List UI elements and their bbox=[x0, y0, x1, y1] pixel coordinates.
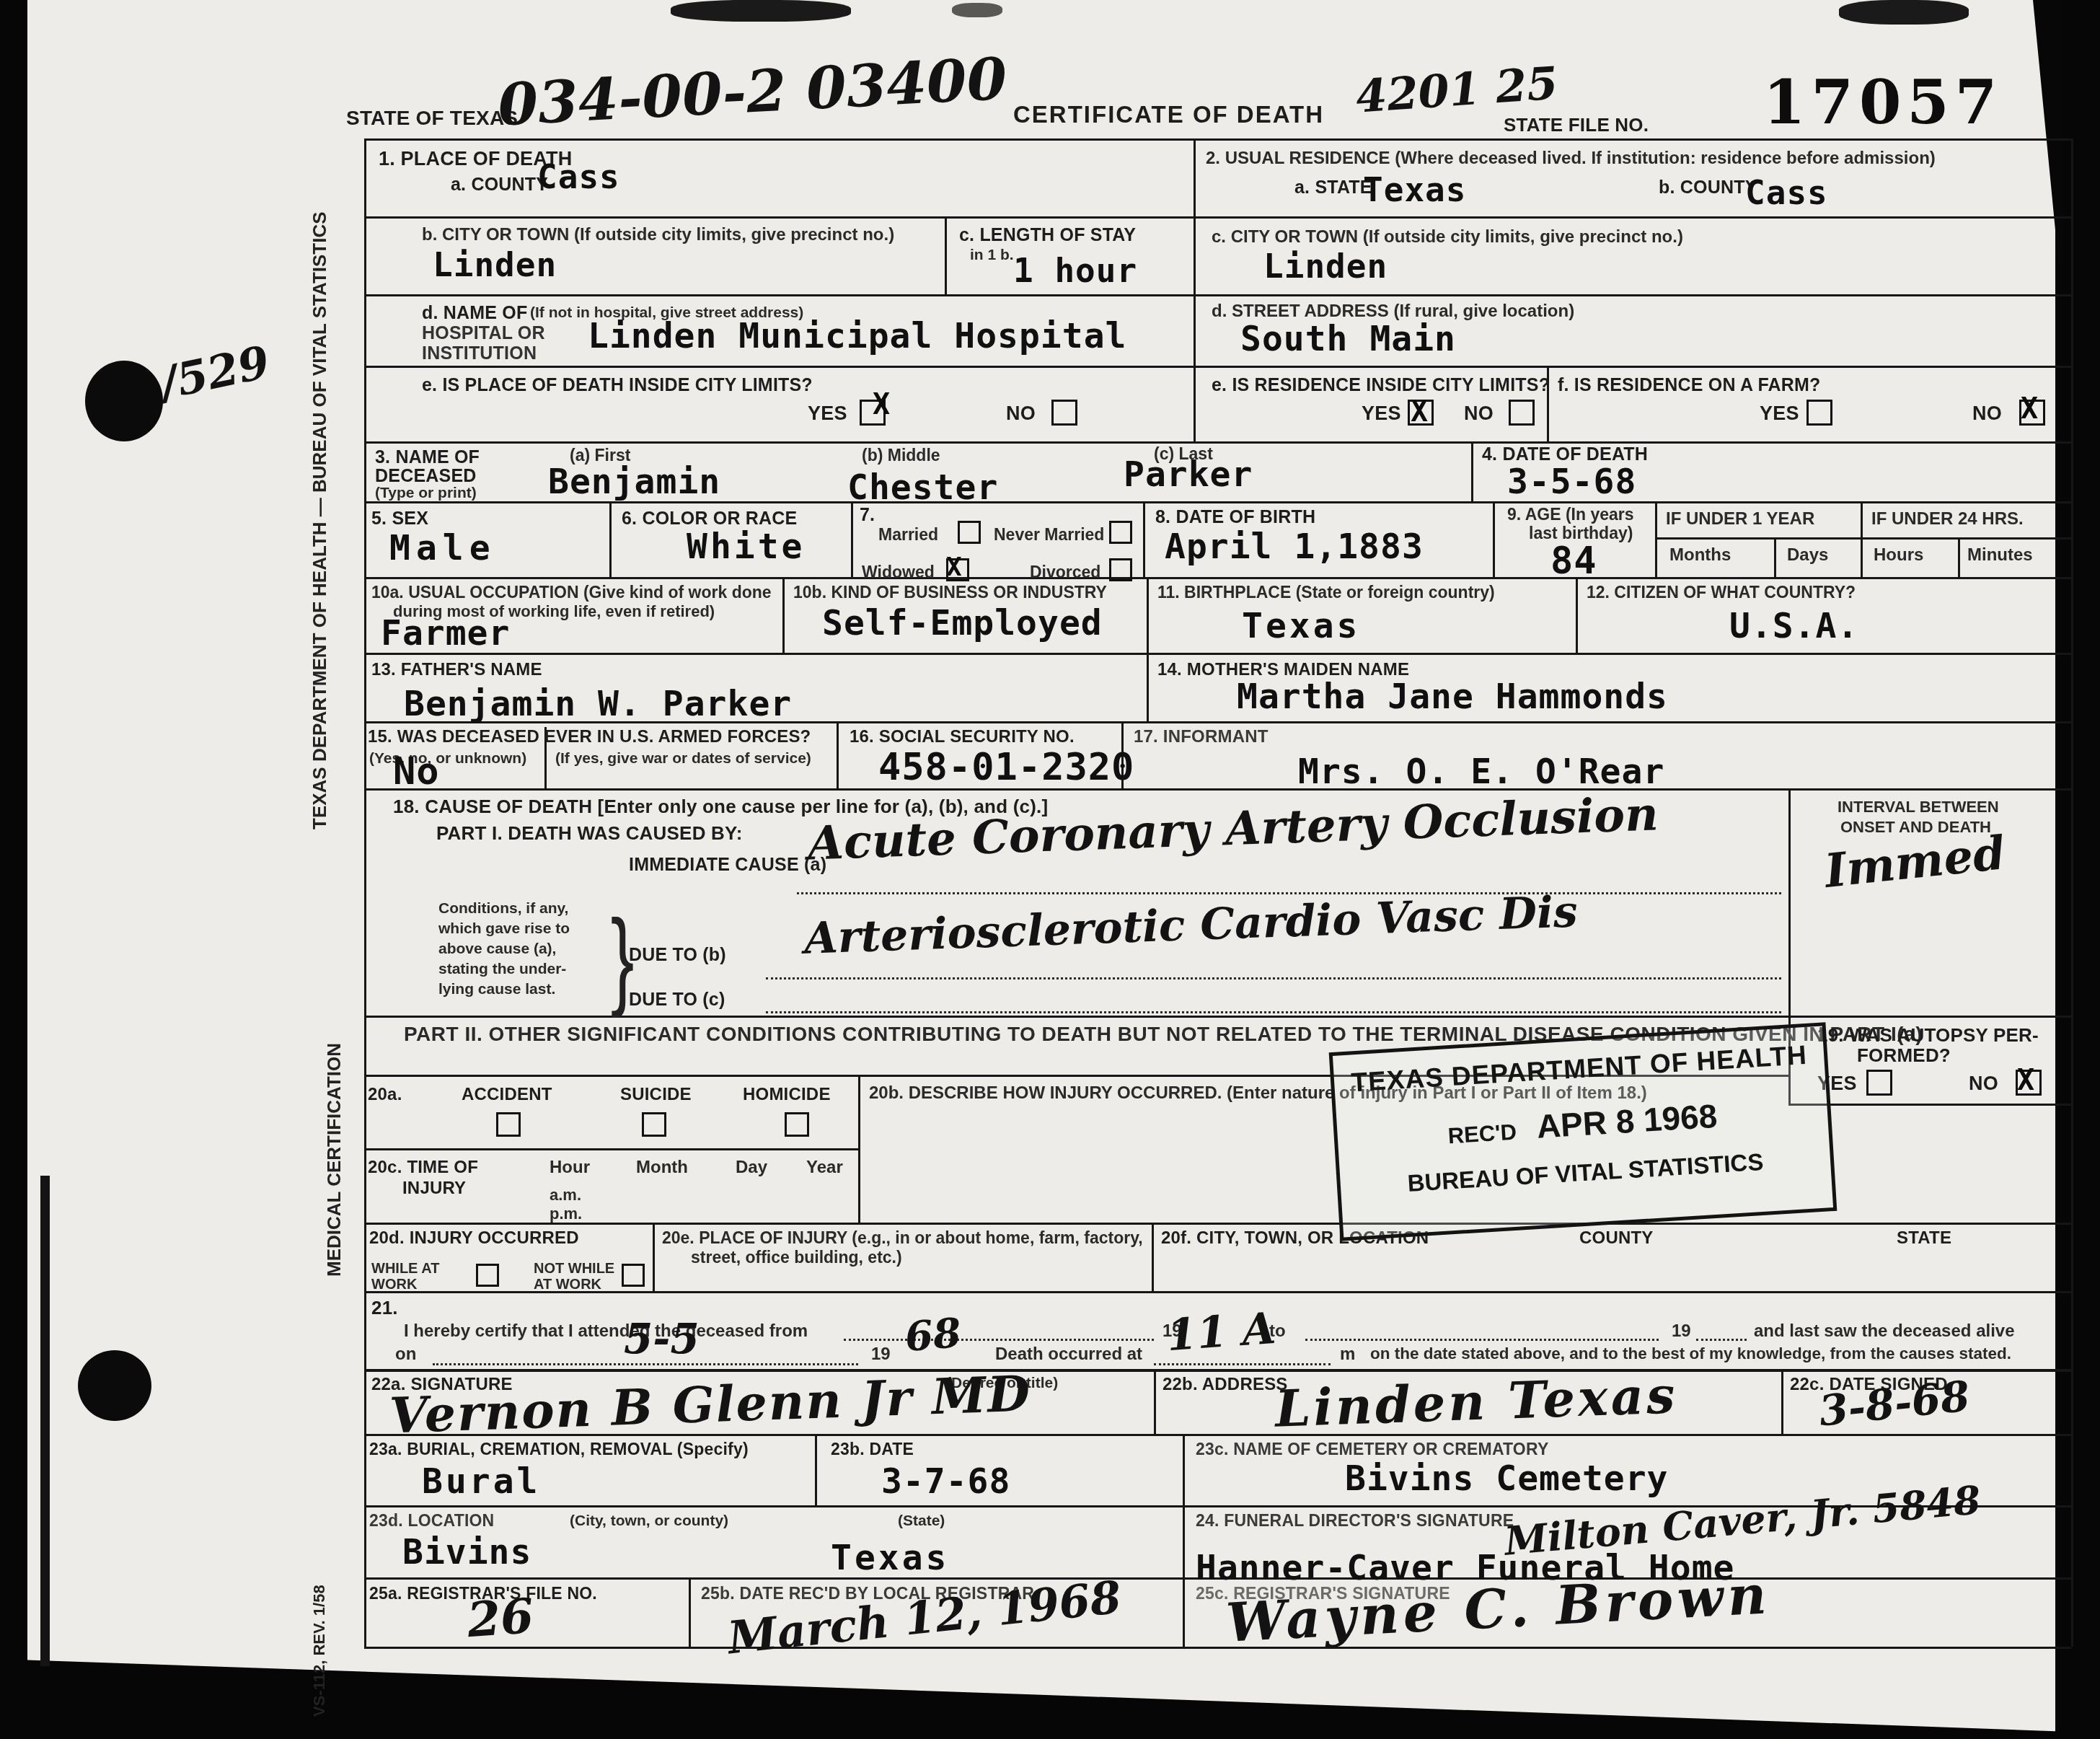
certificate-title: CERTIFICATE OF DEATH bbox=[1013, 101, 1324, 128]
state-of-texas-label: STATE OF TEXAS bbox=[346, 107, 518, 130]
divider-line bbox=[1774, 537, 1776, 577]
field-24-label: 24. FUNERAL DIRECTOR'S SIGNATURE bbox=[1196, 1511, 1514, 1531]
state-file-no-label: STATE FILE NO. bbox=[1504, 114, 1649, 136]
certificate-number: 17057 bbox=[1763, 66, 2003, 138]
field-20a-homicide-label: HOMICIDE bbox=[743, 1085, 831, 1105]
field-2-label: 2. USUAL RESIDENCE (Where deceased lived… bbox=[1206, 149, 1936, 169]
field-20e-label1: 20e. PLACE OF INJURY (e.g., in or about … bbox=[662, 1228, 1143, 1248]
field-20c-pm-label: p.m. bbox=[550, 1205, 582, 1223]
divider-line bbox=[1471, 441, 1473, 501]
scan-smudge bbox=[671, 0, 851, 22]
field-7-married-checkbox bbox=[958, 521, 981, 544]
stamp-line1: TEXAS DEPARTMENT OF HEALTH bbox=[1333, 1039, 1825, 1099]
field-2f-no-mark: X bbox=[2021, 392, 2038, 426]
field-1a-value: Cass bbox=[537, 157, 620, 196]
field-21-alive-text: and last saw the deceased alive bbox=[1754, 1321, 2015, 1342]
field-9-value: 84 bbox=[1550, 540, 1597, 583]
field-3-label3: (Type or print) bbox=[375, 485, 477, 502]
field-2c-label: c. CITY OR TOWN (If outside city limits,… bbox=[1212, 227, 1683, 247]
divider-line bbox=[858, 1075, 860, 1223]
field-23d-city-value: Bivins bbox=[402, 1532, 531, 1572]
field-23d-state-value: Texas bbox=[831, 1538, 950, 1578]
divider-line bbox=[1576, 577, 1578, 653]
field-20d-while1: WHILE AT bbox=[371, 1261, 439, 1277]
field-20a-homicide-checkbox bbox=[785, 1112, 809, 1137]
punch-hole bbox=[85, 361, 163, 441]
field-18-cond5: lying cause last. bbox=[438, 981, 555, 998]
certify-blank bbox=[1696, 1339, 1747, 1341]
divider-line bbox=[364, 653, 2071, 655]
field-21-on: on bbox=[395, 1344, 416, 1365]
scan-smudge bbox=[952, 3, 1002, 17]
field-20c-am-label: a.m. bbox=[550, 1186, 581, 1205]
field-2f-label: f. IS RESIDENCE ON A FARM? bbox=[1558, 375, 1820, 396]
field-2e-label: e. IS RESIDENCE INSIDE CITY LIMITS? bbox=[1212, 375, 1550, 396]
field-1b-label: b. CITY OR TOWN (If outside city limits,… bbox=[422, 225, 894, 245]
field-21-19c: 19 bbox=[871, 1344, 891, 1365]
field-19-yes-checkbox bbox=[1866, 1070, 1892, 1096]
field-20f-state-label: STATE bbox=[1897, 1228, 1951, 1249]
field-23d-sub2: (State) bbox=[898, 1513, 945, 1530]
field-2c-value: Linden bbox=[1263, 247, 1387, 286]
field-23b-label: 23b. DATE bbox=[831, 1440, 914, 1459]
field-21-date-handwritten: 5-5 bbox=[624, 1314, 700, 1363]
field-12-value: U.S.A. bbox=[1729, 606, 1858, 646]
field-15-sub2: (If yes, give war or dates of service) bbox=[555, 750, 811, 767]
field-2a-label: a. STATE bbox=[1294, 177, 1372, 198]
divider-line bbox=[945, 216, 947, 294]
field-23c-value: Bivins Cemetery bbox=[1345, 1458, 1668, 1499]
field-9-under1-label: IF UNDER 1 YEAR bbox=[1666, 509, 1814, 529]
cause-c-rule bbox=[766, 1011, 1781, 1013]
divider-line bbox=[364, 1223, 2071, 1225]
field-17-value: Mrs. O. E. O'Rear bbox=[1298, 752, 1664, 792]
field-21-time-handwritten: 11 A bbox=[1165, 1303, 1277, 1361]
field-23d-sub1: (City, town, or county) bbox=[570, 1513, 728, 1530]
field-23b-value: 3-7-68 bbox=[881, 1461, 1010, 1502]
field-2f-yes-checkbox bbox=[1806, 400, 1832, 426]
field-11-label: 11. BIRTHPLACE (State or foreign country… bbox=[1157, 583, 1495, 602]
field-15-label: 15. WAS DECEASED EVER IN U.S. ARMED FORC… bbox=[368, 727, 811, 747]
divider-line bbox=[609, 501, 612, 577]
field-20d-while2: WORK bbox=[371, 1277, 417, 1293]
divider-line bbox=[1152, 1223, 1154, 1291]
divider-line bbox=[364, 1369, 2071, 1372]
field-3a-value: Benjamin bbox=[548, 462, 720, 502]
field-17-label: 17. INFORMANT bbox=[1134, 727, 1269, 747]
field-3c-value: Parker bbox=[1124, 454, 1253, 495]
field-2e-yes-label: YES bbox=[1362, 402, 1401, 425]
field-21-certify-text: I hereby certify that I attended the dec… bbox=[404, 1321, 808, 1342]
divider-line bbox=[1655, 501, 1657, 577]
field-18-cond2: which gave rise to bbox=[438, 920, 570, 938]
stamp-recd: REC'D bbox=[1447, 1119, 1517, 1149]
scan-smudge bbox=[1839, 0, 1969, 25]
divider-line bbox=[782, 577, 785, 653]
divider-line bbox=[653, 1223, 655, 1291]
divider-line bbox=[364, 138, 2071, 141]
field-1e-yes-mark: X bbox=[873, 388, 890, 421]
field-7-never-label: Never Married bbox=[994, 525, 1104, 545]
divider-line bbox=[1183, 1434, 1185, 1647]
divider-line bbox=[364, 1647, 2071, 1649]
field-7-widowed-mark: X bbox=[946, 552, 962, 582]
field-20c-month-label: Month bbox=[636, 1158, 688, 1178]
field-21-no: 21. bbox=[371, 1297, 398, 1319]
field-10b-label: 10b. KIND OF BUSINESS OR INDUSTRY bbox=[793, 583, 1107, 602]
field-23a-label: 23a. BURIAL, CREMATION, REMOVAL (Specify… bbox=[369, 1440, 749, 1459]
divider-line bbox=[1493, 501, 1495, 577]
field-2f-no-label: NO bbox=[1972, 402, 2002, 425]
divider-line bbox=[1958, 537, 1960, 577]
field-12-label: 12. CITIZEN OF WHAT COUNTRY? bbox=[1587, 583, 1856, 602]
field-1e-label: e. IS PLACE OF DEATH INSIDE CITY LIMITS? bbox=[422, 375, 813, 396]
field-7-divorced-label: Divorced bbox=[1030, 563, 1100, 582]
divider-line bbox=[837, 721, 839, 788]
death-certificate-scan: /529 TEXAS DEPARTMENT OF HEALTH — BUREAU… bbox=[0, 0, 2100, 1739]
field-21-tail-text: on the date stated above, and to the bes… bbox=[1370, 1344, 2011, 1363]
field-1e-no-checkbox bbox=[1051, 400, 1077, 426]
field-21-year-handwritten: 68 bbox=[903, 1309, 963, 1362]
field-1c-value: 1 hour bbox=[1013, 251, 1137, 290]
divider-line bbox=[364, 441, 2071, 444]
margin-form-code: VS-112, REV. 1/58 bbox=[310, 1500, 329, 1717]
field-20a-accident-label: ACCIDENT bbox=[462, 1085, 552, 1105]
field-23d-label: 23d. LOCATION bbox=[369, 1511, 494, 1531]
divider-line bbox=[364, 138, 366, 1647]
field-2e-no-checkbox bbox=[1509, 400, 1535, 426]
certify-blank bbox=[1154, 1363, 1331, 1365]
field-1b-value: Linden bbox=[433, 245, 557, 284]
field-20c-day-label: Day bbox=[736, 1158, 767, 1178]
field-20a-accident-checkbox bbox=[496, 1112, 521, 1137]
field-20a-suicide-label: SUICIDE bbox=[620, 1085, 692, 1105]
field-14-value: Martha Jane Hammonds bbox=[1237, 677, 1668, 717]
field-7-divorced-checkbox bbox=[1109, 558, 1132, 581]
divider-line bbox=[364, 216, 2071, 219]
field-18-part1: PART I. DEATH WAS CAUSED BY: bbox=[436, 822, 743, 845]
margin-department-text: TEXAS DEPARTMENT OF HEALTH — BUREAU OF V… bbox=[309, 180, 331, 829]
divider-line bbox=[364, 294, 2071, 296]
certify-blank bbox=[844, 1339, 1154, 1341]
field-20d-not2: AT WORK bbox=[534, 1277, 601, 1293]
divider-line bbox=[815, 1434, 817, 1505]
field-6-value: White bbox=[687, 527, 806, 567]
field-9-hours-label: Hours bbox=[1874, 545, 1923, 565]
field-3-label2: DECEASED bbox=[375, 466, 477, 487]
field-19-no-mark: X bbox=[2017, 1064, 2034, 1097]
field-13-value: Benjamin W. Parker bbox=[404, 684, 792, 724]
field-1e-yes-label: YES bbox=[808, 402, 847, 425]
cause-b-rule bbox=[766, 977, 1781, 979]
margin-medical-certification-text: MEDICAL CERTIFICATION bbox=[323, 916, 345, 1277]
field-18a-label: IMMEDIATE CAUSE (a) bbox=[629, 855, 826, 876]
field-3b-label: (b) Middle bbox=[862, 446, 940, 465]
field-7-label: 7. bbox=[860, 505, 875, 526]
field-1e-no-label: NO bbox=[1006, 402, 1036, 425]
field-15-value: No bbox=[393, 750, 440, 793]
field-20d-not1: NOT WHILE bbox=[534, 1261, 614, 1277]
field-1c-sublabel: in 1 b. bbox=[970, 247, 1014, 264]
divider-line bbox=[364, 1291, 2071, 1293]
divider-line bbox=[1655, 537, 2071, 540]
field-19-no-label: NO bbox=[1969, 1073, 1998, 1095]
field-21-19b: 19 bbox=[1672, 1321, 1691, 1342]
field-10a-value: Farmer bbox=[381, 613, 510, 653]
field-1a-label: a. COUNTY bbox=[451, 175, 548, 195]
divider-line bbox=[364, 577, 2071, 579]
field-20c-label1: 20c. TIME OF bbox=[368, 1158, 478, 1178]
field-2b-label: b. COUNTY bbox=[1659, 177, 1757, 198]
divider-line bbox=[851, 501, 853, 577]
certify-blank bbox=[433, 1363, 858, 1365]
field-20c-year-label: Year bbox=[806, 1158, 843, 1178]
interval-label1: INTERVAL BETWEEN bbox=[1837, 798, 1999, 816]
field-1d-value: Linden Municipal Hospital bbox=[588, 316, 1126, 356]
field-9-minutes-label: Minutes bbox=[1967, 545, 2033, 565]
divider-line bbox=[1194, 138, 1196, 441]
divider-line bbox=[2071, 138, 2073, 1647]
certify-blank bbox=[1305, 1339, 1659, 1341]
field-7-married-label: Married bbox=[878, 525, 938, 545]
field-11-value: Texas bbox=[1242, 606, 1361, 646]
field-1d-label: d. NAME OF bbox=[422, 303, 527, 324]
divider-line bbox=[1154, 1369, 1156, 1434]
field-2e-yes-mark: X bbox=[1411, 395, 1428, 428]
field-5-label: 5. SEX bbox=[371, 509, 428, 529]
field-20a-suicide-checkbox bbox=[642, 1112, 666, 1137]
field-8-value: April 1,1883 bbox=[1165, 527, 1424, 567]
field-20d-label: 20d. INJURY OCCURRED bbox=[369, 1228, 579, 1249]
field-9-under24-label: IF UNDER 24 HRS. bbox=[1871, 509, 2024, 529]
field-16-value: 458-01-2320 bbox=[878, 746, 1134, 789]
field-2b-value: Cass bbox=[1745, 173, 1828, 212]
field-16-label: 16. SOCIAL SECURITY NO. bbox=[850, 727, 1075, 747]
field-23a-value: Bural bbox=[422, 1461, 541, 1502]
field-25a-value-handwritten: 26 bbox=[465, 1588, 535, 1648]
field-10a-label1: 10a. USUAL OCCUPATION (Give kind of work… bbox=[371, 583, 772, 602]
field-2e-no-label: NO bbox=[1464, 402, 1494, 425]
field-20c-label2: INJURY bbox=[402, 1179, 466, 1199]
field-20a-no: 20a. bbox=[368, 1085, 402, 1105]
field-21-occurred-text: Death occurred at bbox=[995, 1344, 1142, 1365]
field-20f-county-label: COUNTY bbox=[1579, 1228, 1654, 1249]
field-19-label1: 19. WAS AUTOPSY PER- bbox=[1817, 1024, 2039, 1047]
field-1c-label: c. LENGTH OF STAY bbox=[959, 225, 1136, 246]
field-9-days-label: Days bbox=[1787, 545, 1828, 565]
field-8-label: 8. DATE OF BIRTH bbox=[1155, 507, 1315, 528]
field-3b-value: Chester bbox=[847, 467, 998, 508]
field-18b-label: DUE TO (b) bbox=[629, 945, 726, 966]
field-2d-value: South Main bbox=[1240, 319, 1456, 359]
scan-edge-shadow bbox=[40, 1176, 50, 1666]
field-20d-while-checkbox bbox=[476, 1264, 499, 1287]
field-18-cond4: stating the under- bbox=[438, 961, 566, 978]
field-9-label1: 9. AGE (In years bbox=[1507, 505, 1634, 524]
divider-line bbox=[1861, 501, 1863, 577]
field-5-value: Male bbox=[389, 528, 496, 568]
field-2f-yes-label: YES bbox=[1760, 402, 1799, 425]
field-21-m: m bbox=[1340, 1344, 1355, 1365]
field-7-never-checkbox bbox=[1109, 521, 1132, 544]
field-1d-label2: HOSPITAL OR bbox=[422, 323, 545, 344]
field-10b-value: Self-Employed bbox=[822, 603, 1103, 643]
divider-line bbox=[364, 1148, 858, 1150]
field-2a-value: Texas bbox=[1363, 170, 1466, 209]
field-22b-label: 22b. ADDRESS bbox=[1162, 1375, 1288, 1395]
punch-hole bbox=[78, 1350, 151, 1421]
cause-a-rule bbox=[797, 892, 1781, 894]
divider-line bbox=[689, 1577, 691, 1647]
divider-line bbox=[1147, 577, 1149, 721]
field-20d-not-checkbox bbox=[622, 1264, 645, 1287]
field-23c-label: 23c. NAME OF CEMETERY OR CREMATORY bbox=[1196, 1440, 1548, 1459]
field-1d-label3: INSTITUTION bbox=[422, 343, 537, 364]
field-18-cond3: above cause (a), bbox=[438, 941, 556, 958]
divider-line bbox=[1143, 501, 1145, 577]
field-13-label: 13. FATHER'S NAME bbox=[371, 660, 542, 680]
field-19-label2: FORMED? bbox=[1857, 1044, 1951, 1067]
divider-line bbox=[1788, 1104, 2071, 1106]
field-20e-label2: street, office building, etc.) bbox=[691, 1248, 902, 1267]
field-18c-label: DUE TO (c) bbox=[629, 990, 725, 1011]
field-18-cond1: Conditions, if any, bbox=[438, 900, 568, 917]
stamp-date: APR 8 1968 bbox=[1535, 1097, 1718, 1145]
field-4-value: 3-5-68 bbox=[1507, 462, 1636, 502]
received-stamp: TEXAS DEPARTMENT OF HEALTH REC'D APR 8 1… bbox=[1329, 1022, 1837, 1241]
divider-line bbox=[364, 788, 2071, 791]
divider-line bbox=[1781, 1369, 1783, 1434]
divider-line bbox=[364, 366, 2071, 368]
field-3-label1: 3. NAME OF bbox=[375, 447, 480, 468]
field-20c-hour-label: Hour bbox=[550, 1158, 590, 1178]
field-7-widowed-label: Widowed bbox=[862, 563, 935, 582]
field-9-months-label: Months bbox=[1669, 545, 1731, 565]
